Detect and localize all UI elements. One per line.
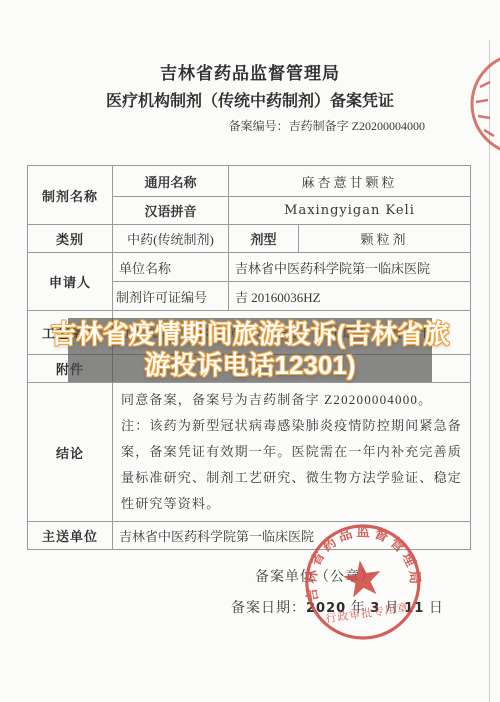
seal-type-text: 行政审批专用章: [325, 600, 410, 626]
document-page: 吉林省药品监督管理局 医疗机构制剂（传统中药制剂）备案凭证 备案编号：吉药制备字…: [0, 0, 500, 702]
seal-star-icon: [341, 558, 383, 599]
pinyin-value: Maxingyigan Keli: [229, 197, 471, 225]
filing-number-line: 备案编号：吉药制备字 Z20200004000: [229, 117, 425, 134]
recipient-label: 主送单位: [28, 522, 113, 550]
conclusion-paragraph-1: 同意备案，备案号为吉药制备字 Z20200004000。: [121, 387, 462, 413]
watermark-text-line-2: 游投诉电话12301): [145, 350, 356, 381]
table-row: 类别 中药(传统制剂) 剂型 颗粒剂: [28, 225, 471, 253]
filing-number-label: 备案编号：: [229, 119, 289, 133]
table-row: 制剂名称 通用名称 麻杏薏甘颗粒: [28, 166, 471, 197]
unit-name-value: 吉林省中医药科学院第一临床医院: [229, 253, 471, 282]
table-row: 申请人 单位名称 吉林省中医药科学院第一临床医院: [28, 253, 471, 282]
official-seal: 吉林省药品监督管理局 行政审批专用章: [296, 516, 430, 650]
license-no-value: 吉 20160036HZ: [229, 282, 471, 311]
conclusion-label: 结论: [28, 383, 113, 522]
filing-date-day-unit: 日: [429, 601, 444, 616]
unit-name-label: 单位名称: [113, 253, 229, 282]
conclusion-paragraph-2: 注：该药为新型冠状病毒感染肺炎疫情防控期间紧急备案，备案凭证有效期一年。医院需在…: [121, 413, 462, 517]
issuing-authority: 吉林省药品监督管理局: [0, 59, 500, 84]
generic-name-label: 通用名称: [113, 166, 229, 197]
category-value: 中药(传统制剂): [113, 225, 229, 253]
watermark-text-line-1: 吉林省疫情期间旅游投诉(吉林省旅: [51, 319, 450, 350]
table-row: 结论 同意备案，备案号为吉药制备字 Z20200004000。 注：该药为新型冠…: [28, 383, 471, 522]
pinyin-label: 汉语拼音: [113, 197, 229, 225]
filing-date-label: 备案日期：: [231, 601, 306, 616]
license-no-label: 制剂许可证编号: [113, 282, 229, 311]
category-label: 类别: [28, 225, 113, 253]
conclusion-value: 同意备案，备案号为吉药制备字 Z20200004000。 注：该药为新型冠状病毒…: [113, 383, 471, 522]
dosage-form-value: 颗粒剂: [299, 225, 471, 253]
document-title: 医疗机构制剂（传统中药制剂）备案凭证: [0, 88, 500, 111]
generic-name-value: 麻杏薏甘颗粒: [229, 166, 471, 197]
applicant-label: 申请人: [28, 253, 113, 311]
preparation-name-label: 制剂名称: [28, 166, 113, 225]
watermark-banner: 吉林省疫情期间旅游投诉(吉林省旅 游投诉电话12301): [68, 318, 432, 382]
dosage-form-label: 剂型: [229, 225, 299, 253]
filing-number-value: 吉药制备字 Z20200004000: [289, 119, 425, 133]
corner-seal: [440, 42, 500, 182]
